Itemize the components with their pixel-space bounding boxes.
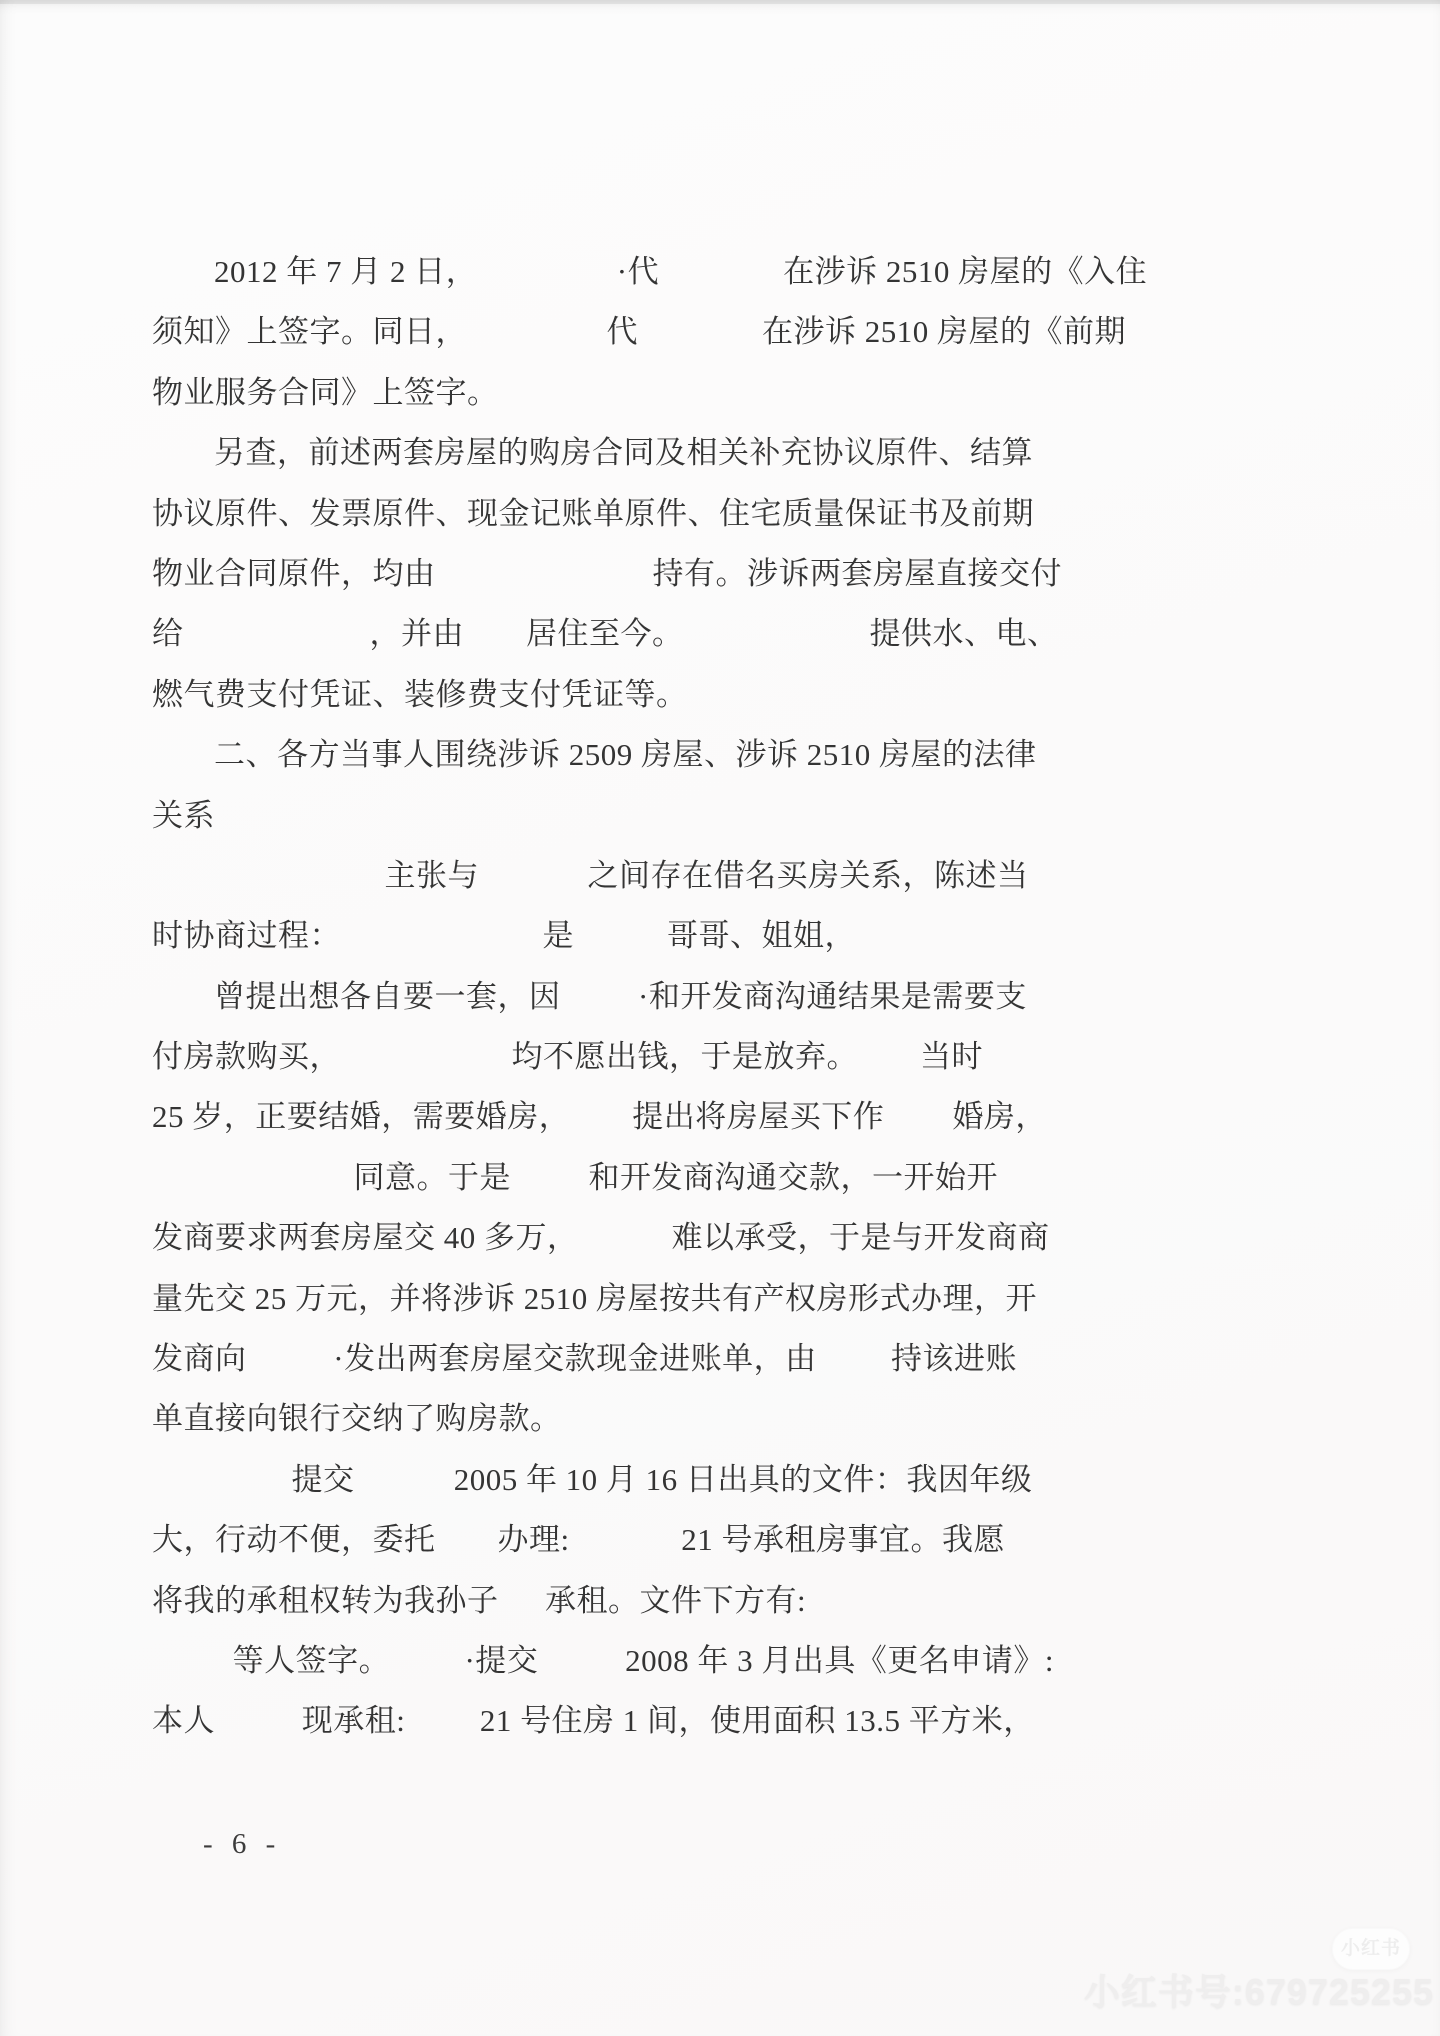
text-run: 物业服务合同》上签字。 xyxy=(152,375,499,410)
redaction-blank xyxy=(884,1126,952,1127)
text-run: 发商要求两套房屋交 40 多万， xyxy=(152,1220,579,1255)
text-run: 大，行动不便，委托 xyxy=(152,1522,436,1557)
text-run: 二、各方当事人围绕涉诉 2509 房屋、涉诉 2510 房屋的法律 xyxy=(214,737,1037,772)
text-run: 主张与 xyxy=(385,858,480,893)
text-run: 25 岁，正要结婚，需要婚房， xyxy=(152,1099,570,1134)
redaction-blank xyxy=(152,1670,233,1671)
redaction-blank xyxy=(538,1670,625,1671)
document-line: 发商要求两套房屋交 40 多万，难以承受，于是与开发商商 xyxy=(152,1208,1352,1268)
text-run: 将我的承租权转为我孙子 xyxy=(152,1583,499,1618)
text-run: ·提交 xyxy=(464,1643,538,1678)
document-line: 曾提出想各自要一套，因·和开发商沟通结果是需要支 xyxy=(152,967,1352,1027)
redaction-blank xyxy=(355,1489,454,1490)
redaction-blank xyxy=(152,281,214,282)
redaction-blank xyxy=(570,1549,682,1550)
text-run: 单直接向银行交纳了购房款。 xyxy=(152,1401,562,1436)
page-number: - 6 - xyxy=(203,1828,281,1861)
redaction-blank xyxy=(247,1368,334,1369)
text-run: 2008 年 3 月出具《更名申请》: xyxy=(625,1643,1054,1678)
text-run: 承租。文件下方有: xyxy=(545,1583,806,1618)
document-line: 本人现承租:21 号住房 1 间，使用面积 13.5 平方米， xyxy=(152,1691,1352,1751)
text-run: ·代 xyxy=(617,254,659,289)
redaction-blank xyxy=(152,764,214,765)
redaction-blank xyxy=(152,1187,354,1188)
text-run: 协议原件、发票原件、现金记账单原件、住宅质量保证书及前期 xyxy=(152,496,1034,531)
text-run: 付房款购买， xyxy=(152,1039,341,1074)
document-line: 量先交 25 万元，并将涉诉 2510 房屋按共有产权房形式办理，开 xyxy=(152,1269,1352,1329)
text-run: 哥哥、姐姐， xyxy=(667,918,856,953)
xiaohongshu-badge-label: 小红书 xyxy=(1341,1938,1401,1959)
text-run: 难以承受，于是与开发商商 xyxy=(672,1220,1050,1255)
redaction-blank xyxy=(511,1187,589,1188)
redaction-blank xyxy=(638,341,762,342)
text-run: 等人签字。 xyxy=(233,1643,391,1678)
text-run: ·发出两套房屋交款现金进账单，由 xyxy=(333,1341,816,1376)
text-run: 另查，前述两套房屋的购房合同及相关补充协议原件、结算 xyxy=(214,435,1033,470)
document-line: 给，并由居住至今。提供水、电、 xyxy=(152,604,1352,664)
redaction-blank xyxy=(152,462,214,463)
text-run: 本人 xyxy=(152,1703,215,1738)
text-run: 在涉诉 2510 房屋的《前期 xyxy=(762,314,1126,349)
text-run: ，并由 xyxy=(370,616,465,651)
redaction-blank xyxy=(436,1549,498,1550)
text-run: 物业合同原件，均由 xyxy=(152,556,436,591)
document-line: 燃气费支付凭证、装修费支付凭证等。 xyxy=(152,665,1352,725)
text-run: 婚房， xyxy=(952,1099,1047,1134)
redaction-blank xyxy=(817,1368,891,1369)
text-run: 在涉诉 2510 房屋的《入住 xyxy=(783,254,1147,289)
text-run: 持该进账 xyxy=(891,1341,1017,1376)
document-line: 协议原件、发票原件、现金记账单原件、住宅质量保证书及前期 xyxy=(152,484,1352,544)
text-run: 曾提出想各自要一套，因 xyxy=(214,979,561,1014)
redaction-blank xyxy=(684,643,870,644)
document-line: 同意。于是和开发商沟通交款，一开始开 xyxy=(152,1148,1352,1208)
redaction-blank xyxy=(579,1247,672,1248)
document-line: 付房款购买，均不愿出钱，于是放弃。当时 xyxy=(152,1027,1352,1087)
text-run: 办理: xyxy=(498,1522,570,1557)
text-run: 居住至今。 xyxy=(526,616,684,651)
redaction-blank xyxy=(479,885,588,886)
document-body-text: 2012 年 7 月 2 日，·代在涉诉 2510 房屋的《入住须知》上签字。同… xyxy=(152,242,1352,1752)
text-run: 均不愿出钱，于是放弃。 xyxy=(512,1039,859,1074)
redaction-blank xyxy=(436,583,653,584)
document-line: 等人签字。·提交2008 年 3 月出具《更名申请》: xyxy=(152,1631,1352,1691)
redaction-blank xyxy=(561,1006,639,1007)
redaction-blank xyxy=(467,341,607,342)
document-line: 须知》上签字。同日，代在涉诉 2510 房屋的《前期 xyxy=(152,302,1352,362)
document-line: 关系 xyxy=(152,786,1352,846)
text-run: 给 xyxy=(152,616,184,651)
redaction-blank xyxy=(858,1066,920,1067)
document-line: 2012 年 7 月 2 日，·代在涉诉 2510 房屋的《入住 xyxy=(152,242,1352,302)
text-run: 代 xyxy=(607,314,639,349)
text-run: 和开发商沟通交款，一开始开 xyxy=(589,1160,999,1195)
text-run: 关系 xyxy=(152,798,215,833)
text-run: 提供水、电、 xyxy=(870,616,1059,651)
text-run: 提交 xyxy=(292,1462,355,1497)
text-run: 是 xyxy=(543,918,575,953)
document-line: 25 岁，正要结婚，需要婚房，提出将房屋买下作婚房， xyxy=(152,1087,1352,1147)
redaction-blank xyxy=(390,1670,464,1671)
redaction-blank xyxy=(659,281,783,282)
redaction-blank xyxy=(477,281,617,282)
redaction-blank xyxy=(215,1730,302,1731)
text-run: ·和开发商沟通结果是需要支 xyxy=(638,979,1027,1014)
xiaohongshu-id-watermark: 小红书号:679725255 xyxy=(1084,1964,1434,2015)
document-line: 物业合同原件，均由持有。涉诉两套房屋直接交付 xyxy=(152,544,1352,604)
redaction-blank xyxy=(341,1066,512,1067)
redaction-blank xyxy=(570,1126,632,1127)
redaction-blank xyxy=(152,1489,292,1490)
document-line: 物业服务合同》上签字。 xyxy=(152,363,1352,423)
redaction-blank xyxy=(574,945,667,946)
text-run: 须知》上签字。同日， xyxy=(152,314,467,349)
document-line: 提交2005 年 10 月 16 日出具的文件：我因年级 xyxy=(152,1450,1352,1510)
document-line: 主张与之间存在借名买房关系，陈述当 xyxy=(152,846,1352,906)
document-line: 二、各方当事人围绕涉诉 2509 房屋、涉诉 2510 房屋的法律 xyxy=(152,725,1352,785)
text-run: 之间存在借名买房关系，陈述当 xyxy=(588,858,1029,893)
redaction-blank xyxy=(499,1610,546,1611)
document-line: 发商向·发出两套房屋交款现金进账单，由持该进账 xyxy=(152,1329,1352,1389)
document-line: 时协商过程：是哥哥、姐姐， xyxy=(152,906,1352,966)
text-run: 2012 年 7 月 2 日， xyxy=(214,254,477,289)
redaction-blank xyxy=(152,885,385,886)
text-run: 同意。于是 xyxy=(354,1160,512,1195)
redaction-blank xyxy=(152,1006,214,1007)
text-run: 21 号承租房事宜。我愿 xyxy=(681,1522,1005,1557)
redaction-blank xyxy=(184,643,370,644)
text-run: 燃气费支付凭证、装修费支付凭证等。 xyxy=(152,677,688,712)
document-line: 单直接向银行交纳了购房款。 xyxy=(152,1389,1352,1449)
document-line: 大，行动不便，委托办理:21 号承租房事宜。我愿 xyxy=(152,1510,1352,1570)
redaction-blank xyxy=(341,945,543,946)
text-run: 时协商过程： xyxy=(152,918,341,953)
text-run: 发商向 xyxy=(152,1341,247,1376)
document-line: 将我的承租权转为我孙子承租。文件下方有: xyxy=(152,1571,1352,1631)
redaction-blank xyxy=(464,643,526,644)
text-run: 现承租: xyxy=(302,1703,406,1738)
text-run: 2005 年 10 月 16 日出具的文件：我因年级 xyxy=(454,1462,1033,1497)
redaction-blank xyxy=(405,1730,479,1731)
document-page: 2012 年 7 月 2 日，·代在涉诉 2510 房屋的《入住须知》上签字。同… xyxy=(0,0,1440,2036)
text-run: 提出将房屋买下作 xyxy=(632,1099,884,1134)
text-run: 量先交 25 万元，并将涉诉 2510 房屋按共有产权房形式办理，开 xyxy=(152,1281,1037,1316)
text-run: 当时 xyxy=(920,1039,983,1074)
text-run: 21 号住房 1 间，使用面积 13.5 平方米， xyxy=(480,1703,1035,1738)
text-run: 持有。涉诉两套房屋直接交付 xyxy=(653,556,1063,591)
document-line: 另查，前述两套房屋的购房合同及相关补充协议原件、结算 xyxy=(152,423,1352,483)
